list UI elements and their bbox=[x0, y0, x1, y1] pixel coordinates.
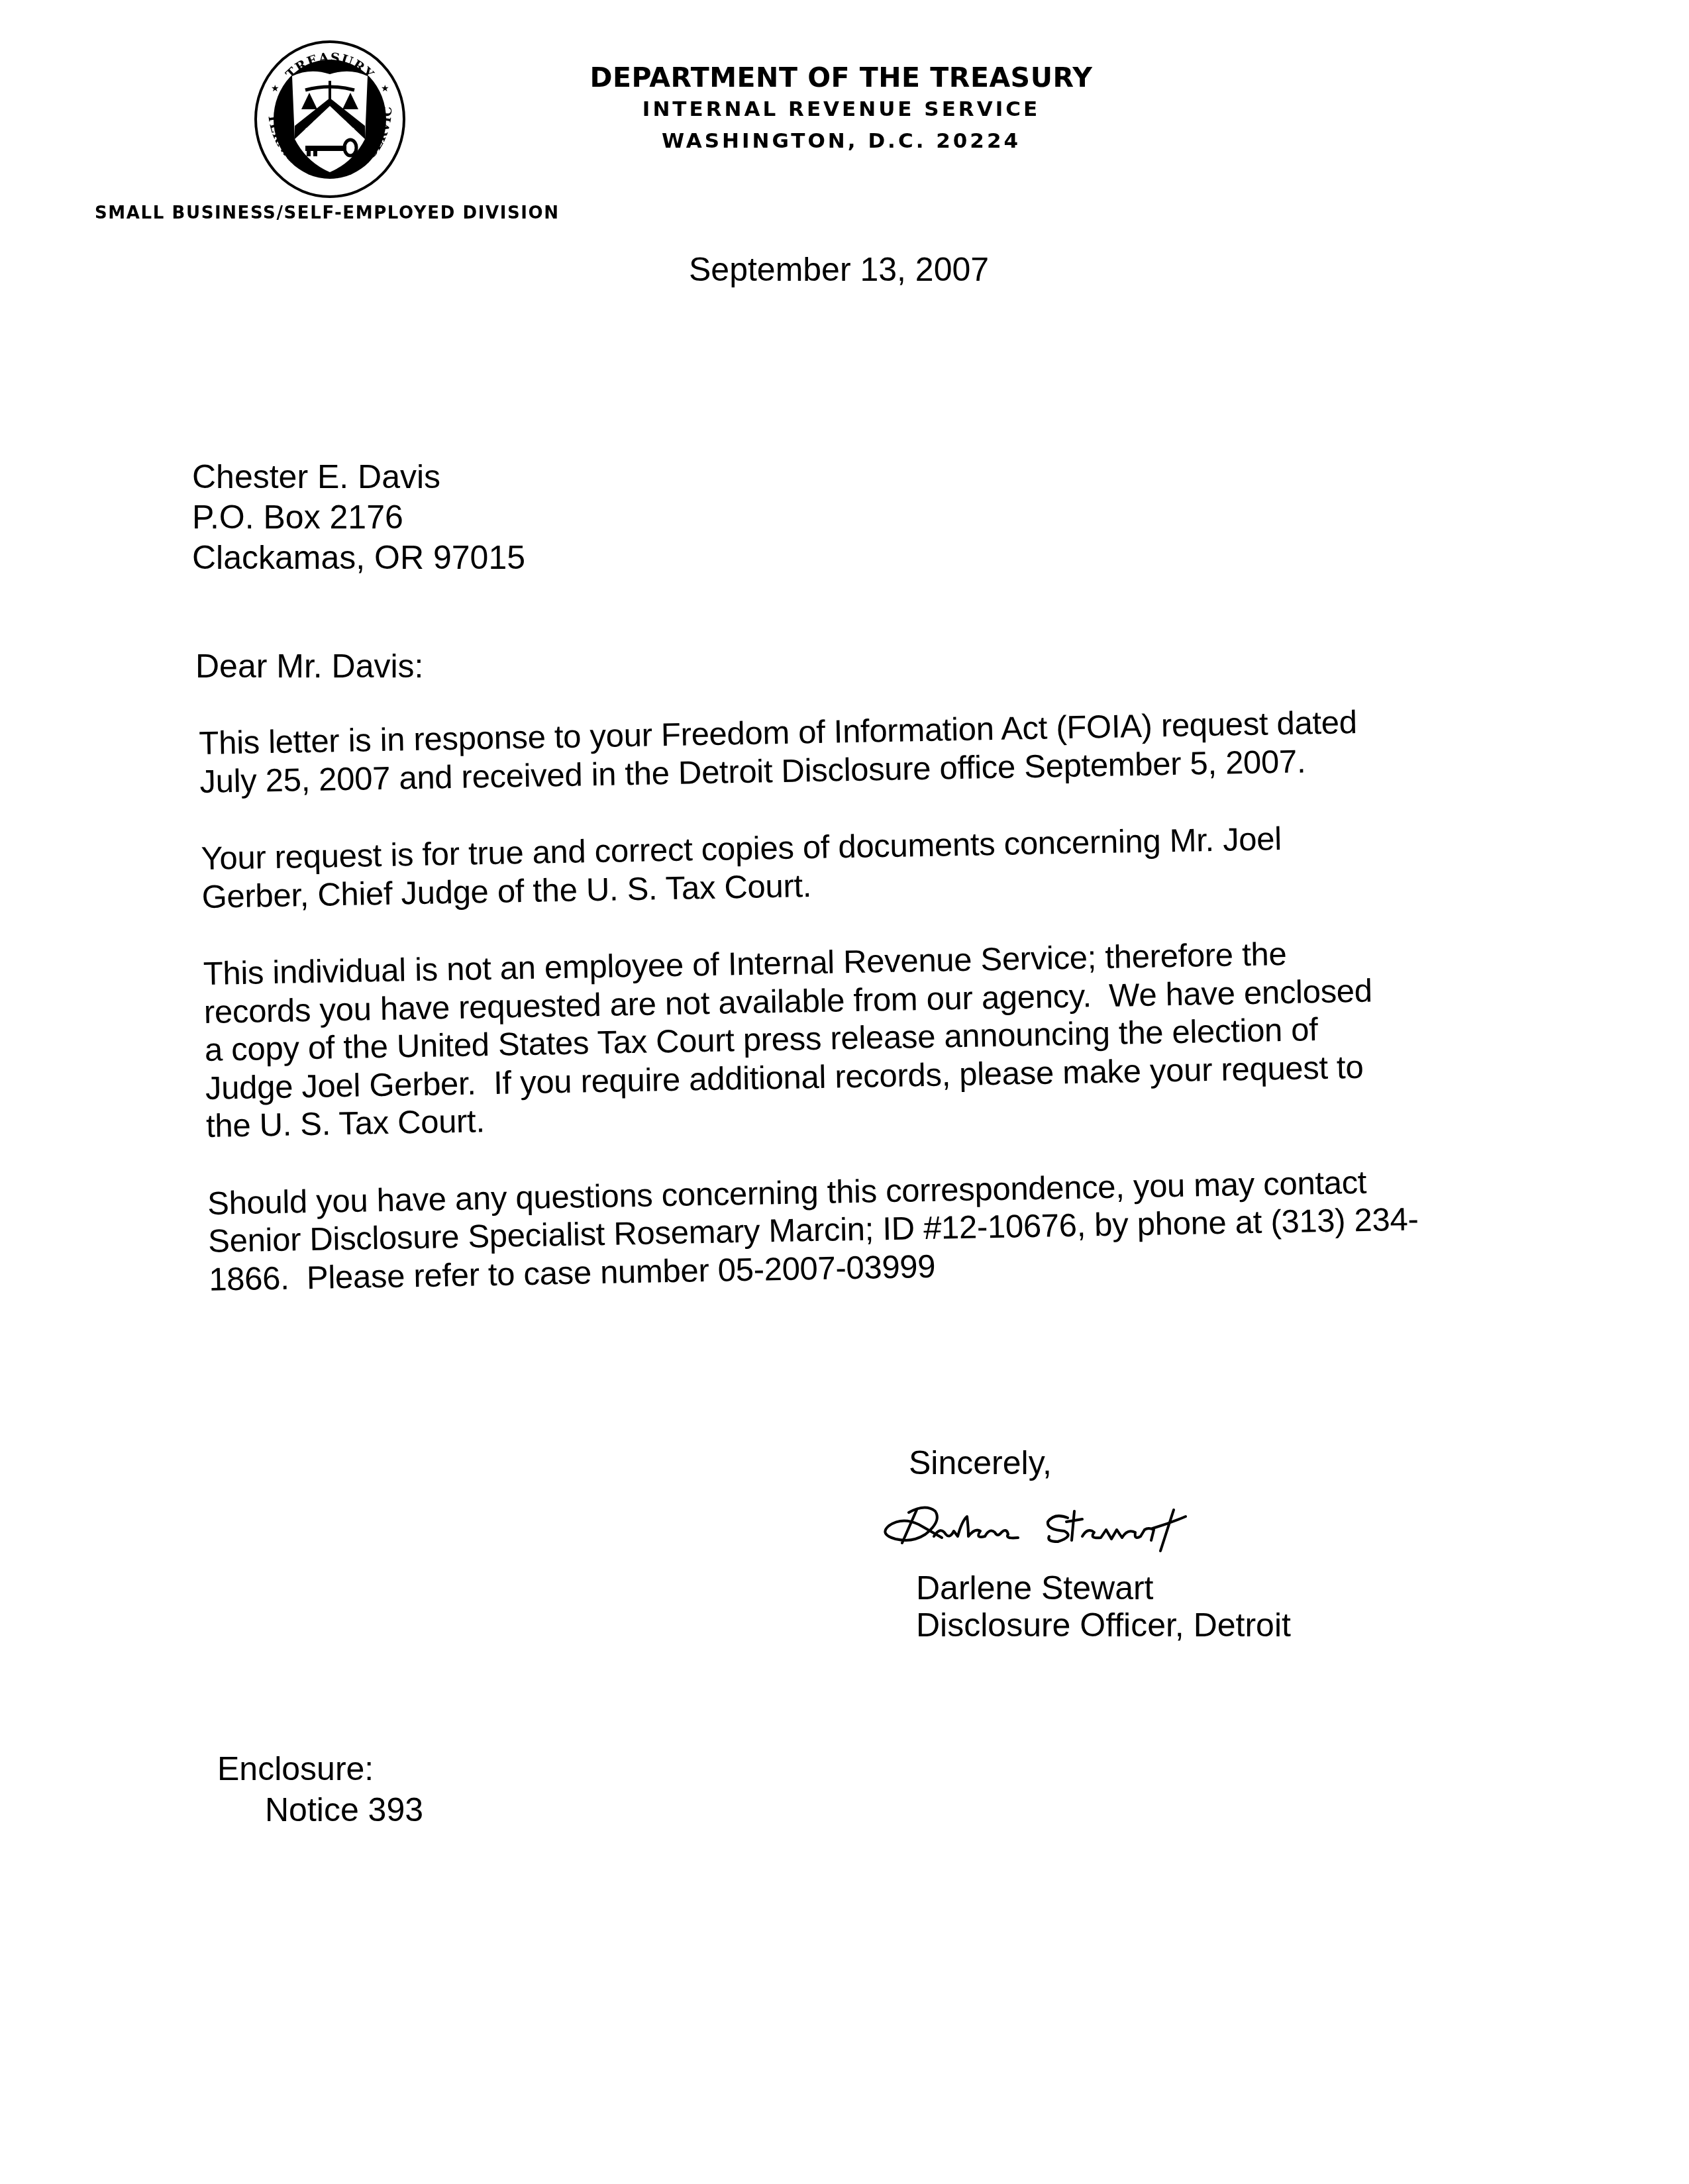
svg-text:★: ★ bbox=[271, 83, 280, 93]
enclosure-block: Enclosure: Notice 393 bbox=[217, 1748, 423, 1830]
agency-name: INTERNAL REVENUE SERVICE bbox=[570, 93, 1113, 125]
handwritten-signature-icon bbox=[876, 1498, 1200, 1554]
recipient-address: Chester E. Davis P.O. Box 2176 Clackamas… bbox=[192, 457, 525, 578]
letter-date: September 13, 2007 bbox=[689, 250, 989, 289]
paragraph-request-received: This letter is in response to your Freed… bbox=[199, 701, 1492, 801]
recipient-city: Clackamas, OR 97015 bbox=[192, 538, 525, 578]
salutation: Dear Mr. Davis: bbox=[195, 647, 424, 685]
department-name: DEPARTMENT OF THE TREASURY bbox=[570, 62, 1113, 93]
signer-name: Darlene Stewart bbox=[916, 1569, 1291, 1607]
enclosure-item: Notice 393 bbox=[217, 1789, 423, 1830]
agency-address: WASHINGTON, D.C. 20224 bbox=[570, 125, 1113, 157]
signer-title: Disclosure Officer, Detroit bbox=[916, 1607, 1291, 1644]
letterhead-header: DEPARTMENT OF THE TREASURY INTERNAL REVE… bbox=[570, 62, 1113, 157]
signoff: Sincerely, bbox=[909, 1444, 1052, 1482]
irs-treasury-seal-icon: TREASURY INTERNAL REVENUE SERVICE ★ ★ bbox=[254, 40, 406, 199]
paragraph-request-subject: Your request is for true and correct cop… bbox=[201, 817, 1494, 917]
letter-body: This letter is in response to your Freed… bbox=[199, 701, 1502, 1338]
signer-block: Darlene Stewart Disclosure Officer, Detr… bbox=[916, 1569, 1291, 1644]
recipient-street: P.O. Box 2176 bbox=[192, 497, 525, 538]
paragraph-response: This individual is not an employee of In… bbox=[203, 932, 1498, 1146]
svg-text:★: ★ bbox=[381, 83, 389, 93]
letter-page: TREASURY INTERNAL REVENUE SERVICE ★ ★ DE… bbox=[0, 0, 1689, 2184]
division-name: SMALL BUSINESS/SELF-EMPLOYED DIVISION bbox=[95, 203, 560, 223]
paragraph-contact: Should you have any questions concerning… bbox=[207, 1162, 1501, 1299]
recipient-name: Chester E. Davis bbox=[192, 457, 525, 497]
enclosure-label: Enclosure: bbox=[217, 1748, 423, 1789]
